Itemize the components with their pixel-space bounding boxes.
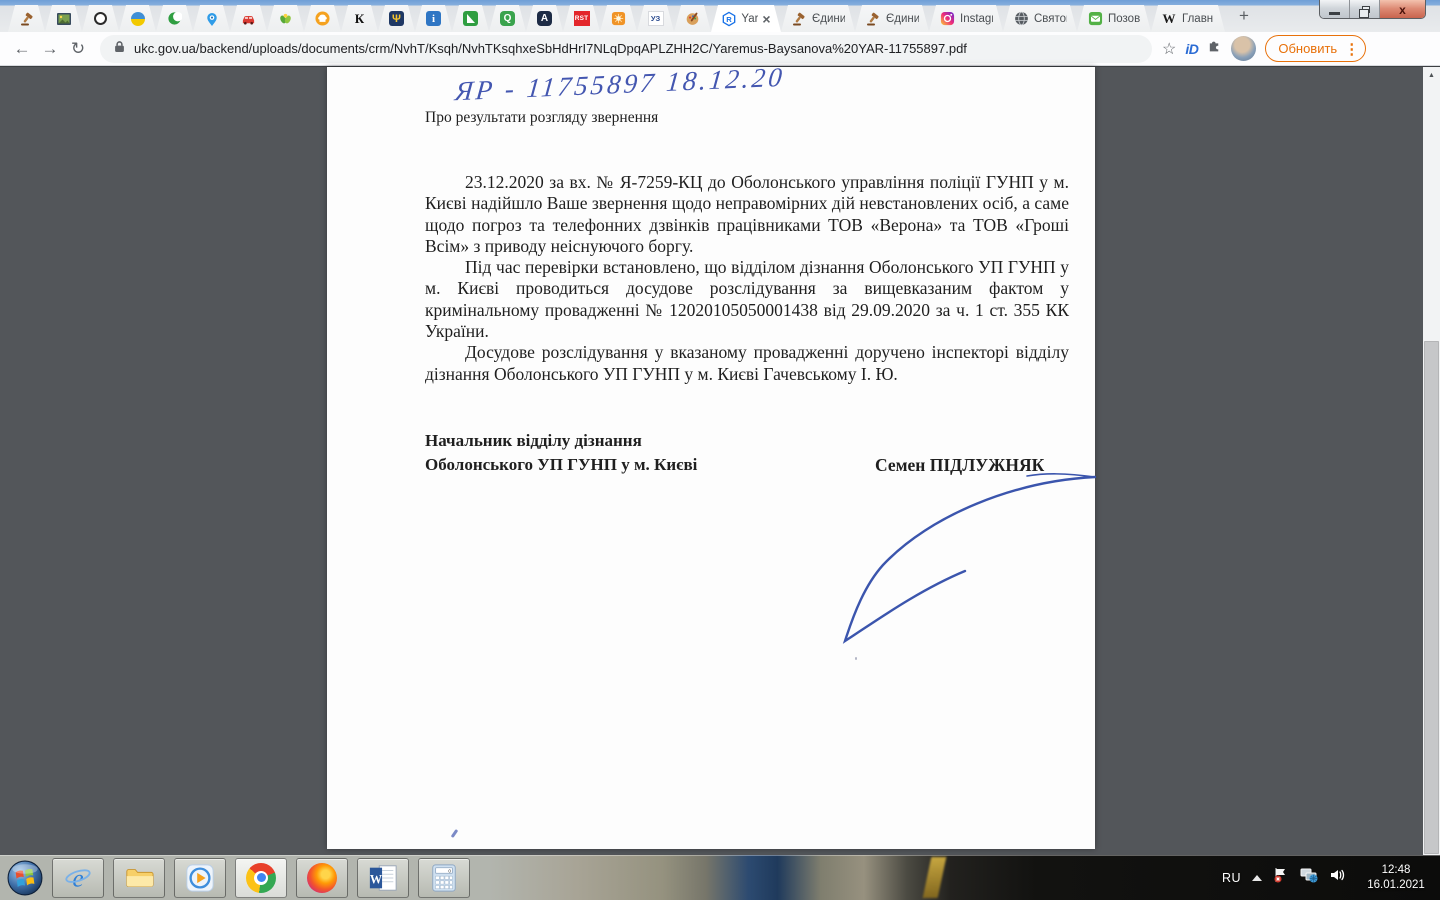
pinned-tab-auto[interactable] <box>230 5 267 32</box>
scan-speck <box>855 657 857 660</box>
tab-court-registry-1[interactable]: Єдини <box>781 5 855 32</box>
toolbar-right: ☆ iD Обновить ⋮ <box>1162 35 1366 62</box>
restore-icon <box>1362 6 1370 13</box>
tab-label: Єдини <box>886 13 919 25</box>
network-icon[interactable] <box>1300 867 1318 888</box>
pinned-tab-photos[interactable] <box>45 5 82 32</box>
scroll-up-arrow[interactable]: ▲ <box>1423 67 1440 84</box>
flower-icon <box>278 11 294 27</box>
wikipedia-icon: W <box>1161 11 1177 27</box>
tab-wikipedia[interactable]: WГлавн <box>1151 5 1225 32</box>
pinned-tab-gov-ua[interactable]: Ψ <box>378 5 415 32</box>
gavel-icon <box>19 11 35 27</box>
start-button[interactable] <box>6 859 44 897</box>
tab-label: Главн <box>1182 13 1213 25</box>
pinned-tab-rst[interactable]: RST <box>563 5 600 32</box>
profile-avatar[interactable] <box>1231 36 1256 61</box>
close-tab-icon[interactable]: × <box>762 12 770 26</box>
globe-icon <box>1013 11 1029 27</box>
svg-text:W: W <box>370 872 382 886</box>
info-icon: i <box>426 11 441 26</box>
tab-instagram[interactable]: Instagr <box>929 5 1003 32</box>
update-chrome-button[interactable]: Обновить ⋮ <box>1265 35 1366 62</box>
active-tab-pdf[interactable]: R Yar × <box>711 5 781 32</box>
navy-a-icon: A <box>537 11 552 26</box>
action-center-flag-icon[interactable] <box>1273 867 1289 888</box>
window-controls: x <box>1319 0 1426 19</box>
tab-label: Святош <box>1034 13 1067 25</box>
pinned-tab-green-q[interactable]: Q <box>489 5 526 32</box>
signature-position-line2: Оболонського УП ГУНП у м. Києві <box>425 453 697 477</box>
chef-hat-icon <box>315 11 331 27</box>
volume-icon[interactable] <box>1329 867 1345 888</box>
firefox-icon <box>307 863 337 893</box>
media-player-icon <box>185 863 215 893</box>
browser-toolbar: ← → ↻ ukc.gov.ua/backend/uploads/documen… <box>0 32 1440 66</box>
car-icon <box>241 11 257 27</box>
taskbar-windows-explorer[interactable] <box>113 858 165 898</box>
extensions-puzzle-icon[interactable] <box>1207 39 1222 59</box>
taskbar-firefox[interactable] <box>296 858 348 898</box>
pinned-tab-ornament[interactable] <box>600 5 637 32</box>
paragraph-1: 23.12.2020 за вх. № Я-7259-КЦ до Оболонс… <box>425 172 1069 257</box>
sail-icon <box>463 11 478 26</box>
letter-k-icon: К <box>352 11 368 27</box>
forward-button[interactable]: → <box>36 35 64 63</box>
document-subject: Про результати розгляду звернення <box>425 109 658 127</box>
tab-court-registry-2[interactable]: Єдини <box>855 5 929 32</box>
hidden-icons-chevron[interactable] <box>1252 875 1262 881</box>
signature-position: Начальник відділу дізнання Оболонського … <box>425 429 697 476</box>
minimize-button[interactable] <box>1320 0 1350 19</box>
tab-label: Єдини <box>812 13 845 25</box>
restore-button[interactable] <box>1350 0 1380 19</box>
calculator-icon: 0 <box>429 863 459 893</box>
url-text: ukc.gov.ua/backend/uploads/documents/crm… <box>134 41 967 56</box>
word-icon: W <box>368 863 398 893</box>
palette-icon <box>685 11 701 27</box>
taskbar-word[interactable]: W <box>357 858 409 898</box>
close-window-button[interactable]: x <box>1380 0 1425 19</box>
pen-mark <box>451 829 459 838</box>
pinned-tab-railways[interactable]: УЗ <box>637 5 674 32</box>
pinned-tab-recipes[interactable] <box>304 5 341 32</box>
handwritten-registration-note: ЯР - 11755897 18.12.20 <box>454 62 787 108</box>
browser-tab-strip: К Ψ i Q A RST УЗ R Yar × Єдини Єдини Ins… <box>0 0 1440 32</box>
trident-icon: Ψ <box>389 11 404 26</box>
photo-icon <box>56 11 72 27</box>
uz-icon: УЗ <box>648 11 664 26</box>
windows-logo-icon <box>7 860 43 896</box>
windows-taskbar: e W 0 RU 12:48 16.01.2021 <box>0 855 1440 900</box>
pinned-tab-green-service[interactable] <box>156 5 193 32</box>
desktop-screen: К Ψ i Q A RST УЗ R Yar × Єдини Єдини Ins… <box>0 0 1440 900</box>
paragraph-2: Під час перевірки встановлено, що відділ… <box>425 257 1069 342</box>
tab-sviatoshyn[interactable]: Святош <box>1003 5 1077 32</box>
taskbar-internet-explorer[interactable]: e <box>52 858 104 898</box>
letter-o-icon <box>94 12 107 25</box>
pinned-tab-info[interactable]: i <box>415 5 452 32</box>
pdf-viewer: ЯР - 11755897 18.12.20 Про результати ро… <box>0 66 1440 855</box>
map-pin-icon <box>204 11 220 27</box>
pinned-tab-a-service[interactable]: A <box>526 5 563 32</box>
green-q-icon: Q <box>500 11 515 26</box>
reload-button[interactable]: ↻ <box>64 35 92 63</box>
paragraph-3: Досудове розслідування у вказаному прова… <box>425 342 1069 385</box>
pinned-tab-flower[interactable] <box>267 5 304 32</box>
gavel-icon <box>865 11 881 27</box>
taskbar-chrome[interactable] <box>235 858 287 898</box>
clock-date: 16.01.2021 <box>1356 878 1436 893</box>
pinned-tab-sail[interactable] <box>452 5 489 32</box>
active-tab-label: Yar <box>741 13 758 25</box>
svg-text:R: R <box>727 15 733 24</box>
clock-time: 12:48 <box>1356 863 1436 878</box>
bookmark-star-icon[interactable]: ☆ <box>1162 39 1176 59</box>
new-tab-button[interactable]: + <box>1229 4 1259 28</box>
taskbar-media-player[interactable] <box>174 858 226 898</box>
menu-dots-icon[interactable]: ⋮ <box>1344 40 1359 58</box>
svg-text:e: e <box>72 864 83 892</box>
tab-label: Позов <box>1108 13 1140 25</box>
pinned-tab-palette[interactable] <box>674 5 711 32</box>
document-body: 23.12.2020 за вх. № Я-7259-КЦ до Оболонс… <box>425 172 1069 385</box>
pinned-tab-maps[interactable] <box>193 5 230 32</box>
system-tray: RU 12:48 16.01.2021 <box>1222 855 1436 900</box>
address-bar[interactable]: ukc.gov.ua/backend/uploads/documents/crm… <box>100 35 1152 63</box>
update-label: Обновить <box>1278 41 1337 56</box>
pinned-tab-k-site[interactable]: К <box>341 5 378 32</box>
pinned-tab-court-registry[interactable] <box>8 5 45 32</box>
ukraine-circle-icon <box>131 12 145 26</box>
language-indicator[interactable]: RU <box>1222 871 1241 885</box>
scrollbar-thumb[interactable] <box>1424 341 1439 854</box>
lock-icon <box>114 40 125 58</box>
instagram-icon <box>939 11 955 27</box>
green-crescent-icon <box>167 11 183 27</box>
id-extension-icon[interactable]: iD <box>1185 41 1198 57</box>
wallpaper-streak <box>923 857 947 898</box>
tab-pozov[interactable]: Позов <box>1077 5 1151 32</box>
signature-position-line1: Начальник відділу дізнання <box>425 429 697 453</box>
svg-text:0: 0 <box>448 868 451 873</box>
document-page: ЯР - 11755897 18.12.20 Про результати ро… <box>327 67 1095 849</box>
tab-label: Instagr <box>960 13 993 25</box>
pinned-tab-o-site[interactable] <box>82 5 119 32</box>
handwritten-signature-stroke <box>765 403 1101 653</box>
minimize-icon <box>1329 12 1340 15</box>
folder-icon <box>124 863 154 893</box>
vertical-scrollbar[interactable]: ▲ <box>1423 67 1440 856</box>
gavel-icon <box>791 11 807 27</box>
rst-icon: RST <box>574 11 590 26</box>
mail-icon <box>1087 11 1103 27</box>
taskbar-calculator[interactable]: 0 <box>418 858 470 898</box>
back-button[interactable]: ← <box>8 35 36 63</box>
chrome-icon <box>246 863 276 893</box>
hexagon-badge-icon: R <box>721 11 737 27</box>
ornament-icon <box>611 11 627 27</box>
internet-explorer-icon: e <box>63 863 93 893</box>
clock[interactable]: 12:48 16.01.2021 <box>1356 863 1436 893</box>
pinned-tab-ukraine[interactable] <box>119 5 156 32</box>
